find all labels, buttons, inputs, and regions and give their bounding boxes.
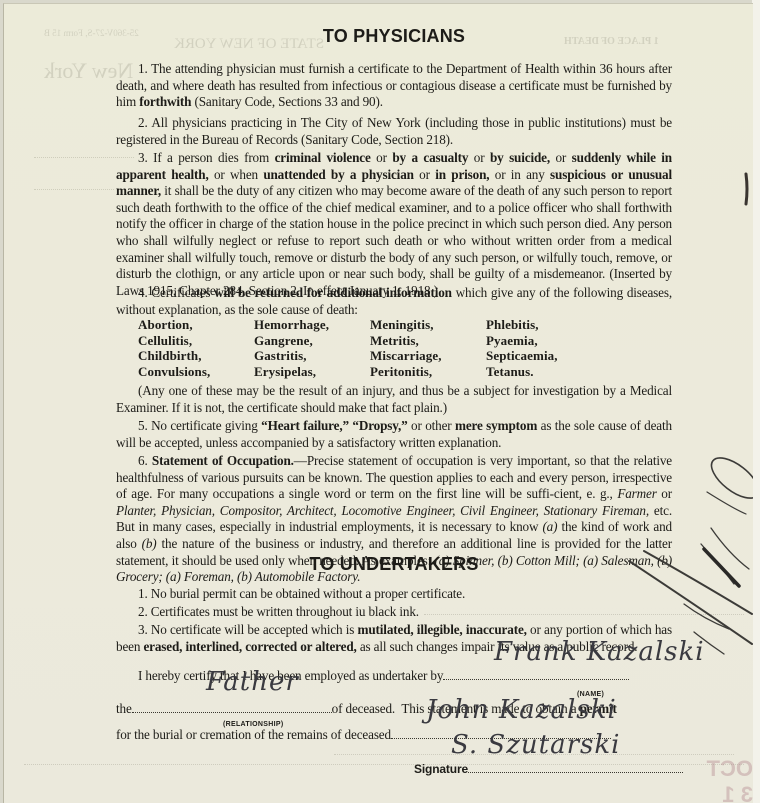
pencil-marks	[4, 4, 753, 803]
page-edge	[752, 0, 760, 803]
certificate-back-page: 25-360V-27-S, Form 15 B STATE OF NEW YOR…	[3, 3, 753, 803]
